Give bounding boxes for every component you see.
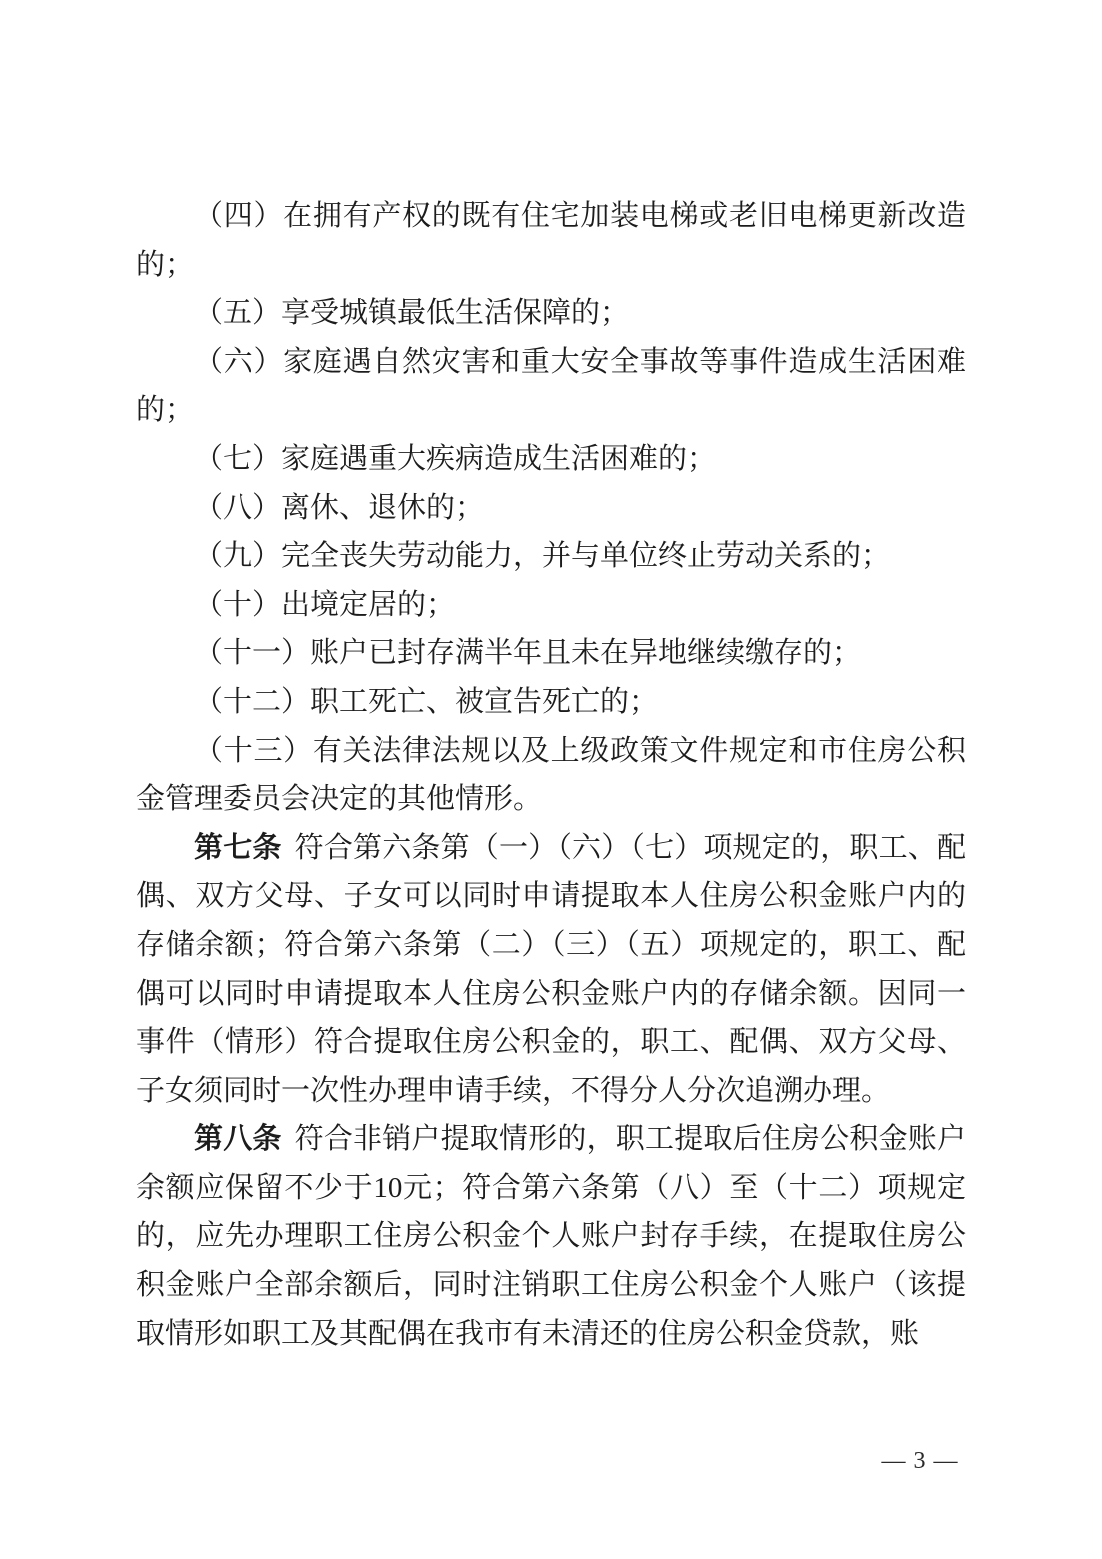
clause-11-text: （十一）账户已封存满半年且未在异地继续缴存的；: [194, 637, 861, 669]
clause-13-text: （十三）有关法律法规以及上级政策文件规定和市住房公积金管理委员会决定的其他情形。: [136, 735, 966, 816]
clause-6: （六）家庭遇自然灾害和重大安全事故等事件造成生活困难的；: [136, 338, 966, 435]
clause-10-text: （十）出境定居的；: [194, 589, 455, 621]
clause-5-text: （五）享受城镇最低生活保障的；: [194, 297, 629, 329]
article-7: 第七条符合第六条第（一）（六）（七）项规定的，职工、配偶、双方父母、子女可以同时…: [136, 824, 966, 1116]
article-7-text: 符合第六条第（一）（六）（七）项规定的，职工、配偶、双方父母、子女可以同时申请提…: [136, 832, 966, 1107]
clause-6-text: （六）家庭遇自然灾害和重大安全事故等事件造成生活困难的；: [136, 346, 966, 427]
clause-4: （四）在拥有产权的既有住宅加装电梯或老旧电梯更新改造的；: [136, 192, 966, 289]
clause-9-text: （九）完全丧失劳动能力，并与单位终止劳动关系的；: [194, 540, 890, 572]
article-8-number: 第八条: [194, 1123, 282, 1155]
clause-12: （十二）职工死亡、被宣告死亡的；: [136, 678, 966, 727]
document-body: （四）在拥有产权的既有住宅加装电梯或老旧电梯更新改造的； （五）享受城镇最低生活…: [136, 192, 966, 1358]
article-8-text: 符合非销户提取情形的，职工提取后住房公积金账户余额应保留不少于10元；符合第六条…: [136, 1123, 966, 1349]
clause-5: （五）享受城镇最低生活保障的；: [136, 289, 966, 338]
clause-13: （十三）有关法律法规以及上级政策文件规定和市住房公积金管理委员会决定的其他情形。: [136, 727, 966, 824]
clause-9: （九）完全丧失劳动能力，并与单位终止劳动关系的；: [136, 532, 966, 581]
clause-8-text: （八）离休、退休的；: [194, 492, 484, 524]
page-number: — 3 —: [860, 1448, 980, 1475]
document-page: （四）在拥有产权的既有住宅加装电梯或老旧电梯更新改造的； （五）享受城镇最低生活…: [0, 0, 1102, 1559]
clause-8: （八）离休、退休的；: [136, 484, 966, 533]
article-8: 第八条符合非销户提取情形的，职工提取后住房公积金账户余额应保留不少于10元；符合…: [136, 1115, 966, 1358]
article-7-number: 第七条: [194, 832, 282, 864]
clause-7-text: （七）家庭遇重大疾病造成生活困难的；: [194, 443, 716, 475]
clause-4-text: （四）在拥有产权的既有住宅加装电梯或老旧电梯更新改造的；: [136, 200, 966, 281]
clause-10: （十）出境定居的；: [136, 581, 966, 630]
clause-11: （十一）账户已封存满半年且未在异地继续缴存的；: [136, 629, 966, 678]
clause-12-text: （十二）职工死亡、被宣告死亡的；: [194, 686, 658, 718]
clause-7: （七）家庭遇重大疾病造成生活困难的；: [136, 435, 966, 484]
